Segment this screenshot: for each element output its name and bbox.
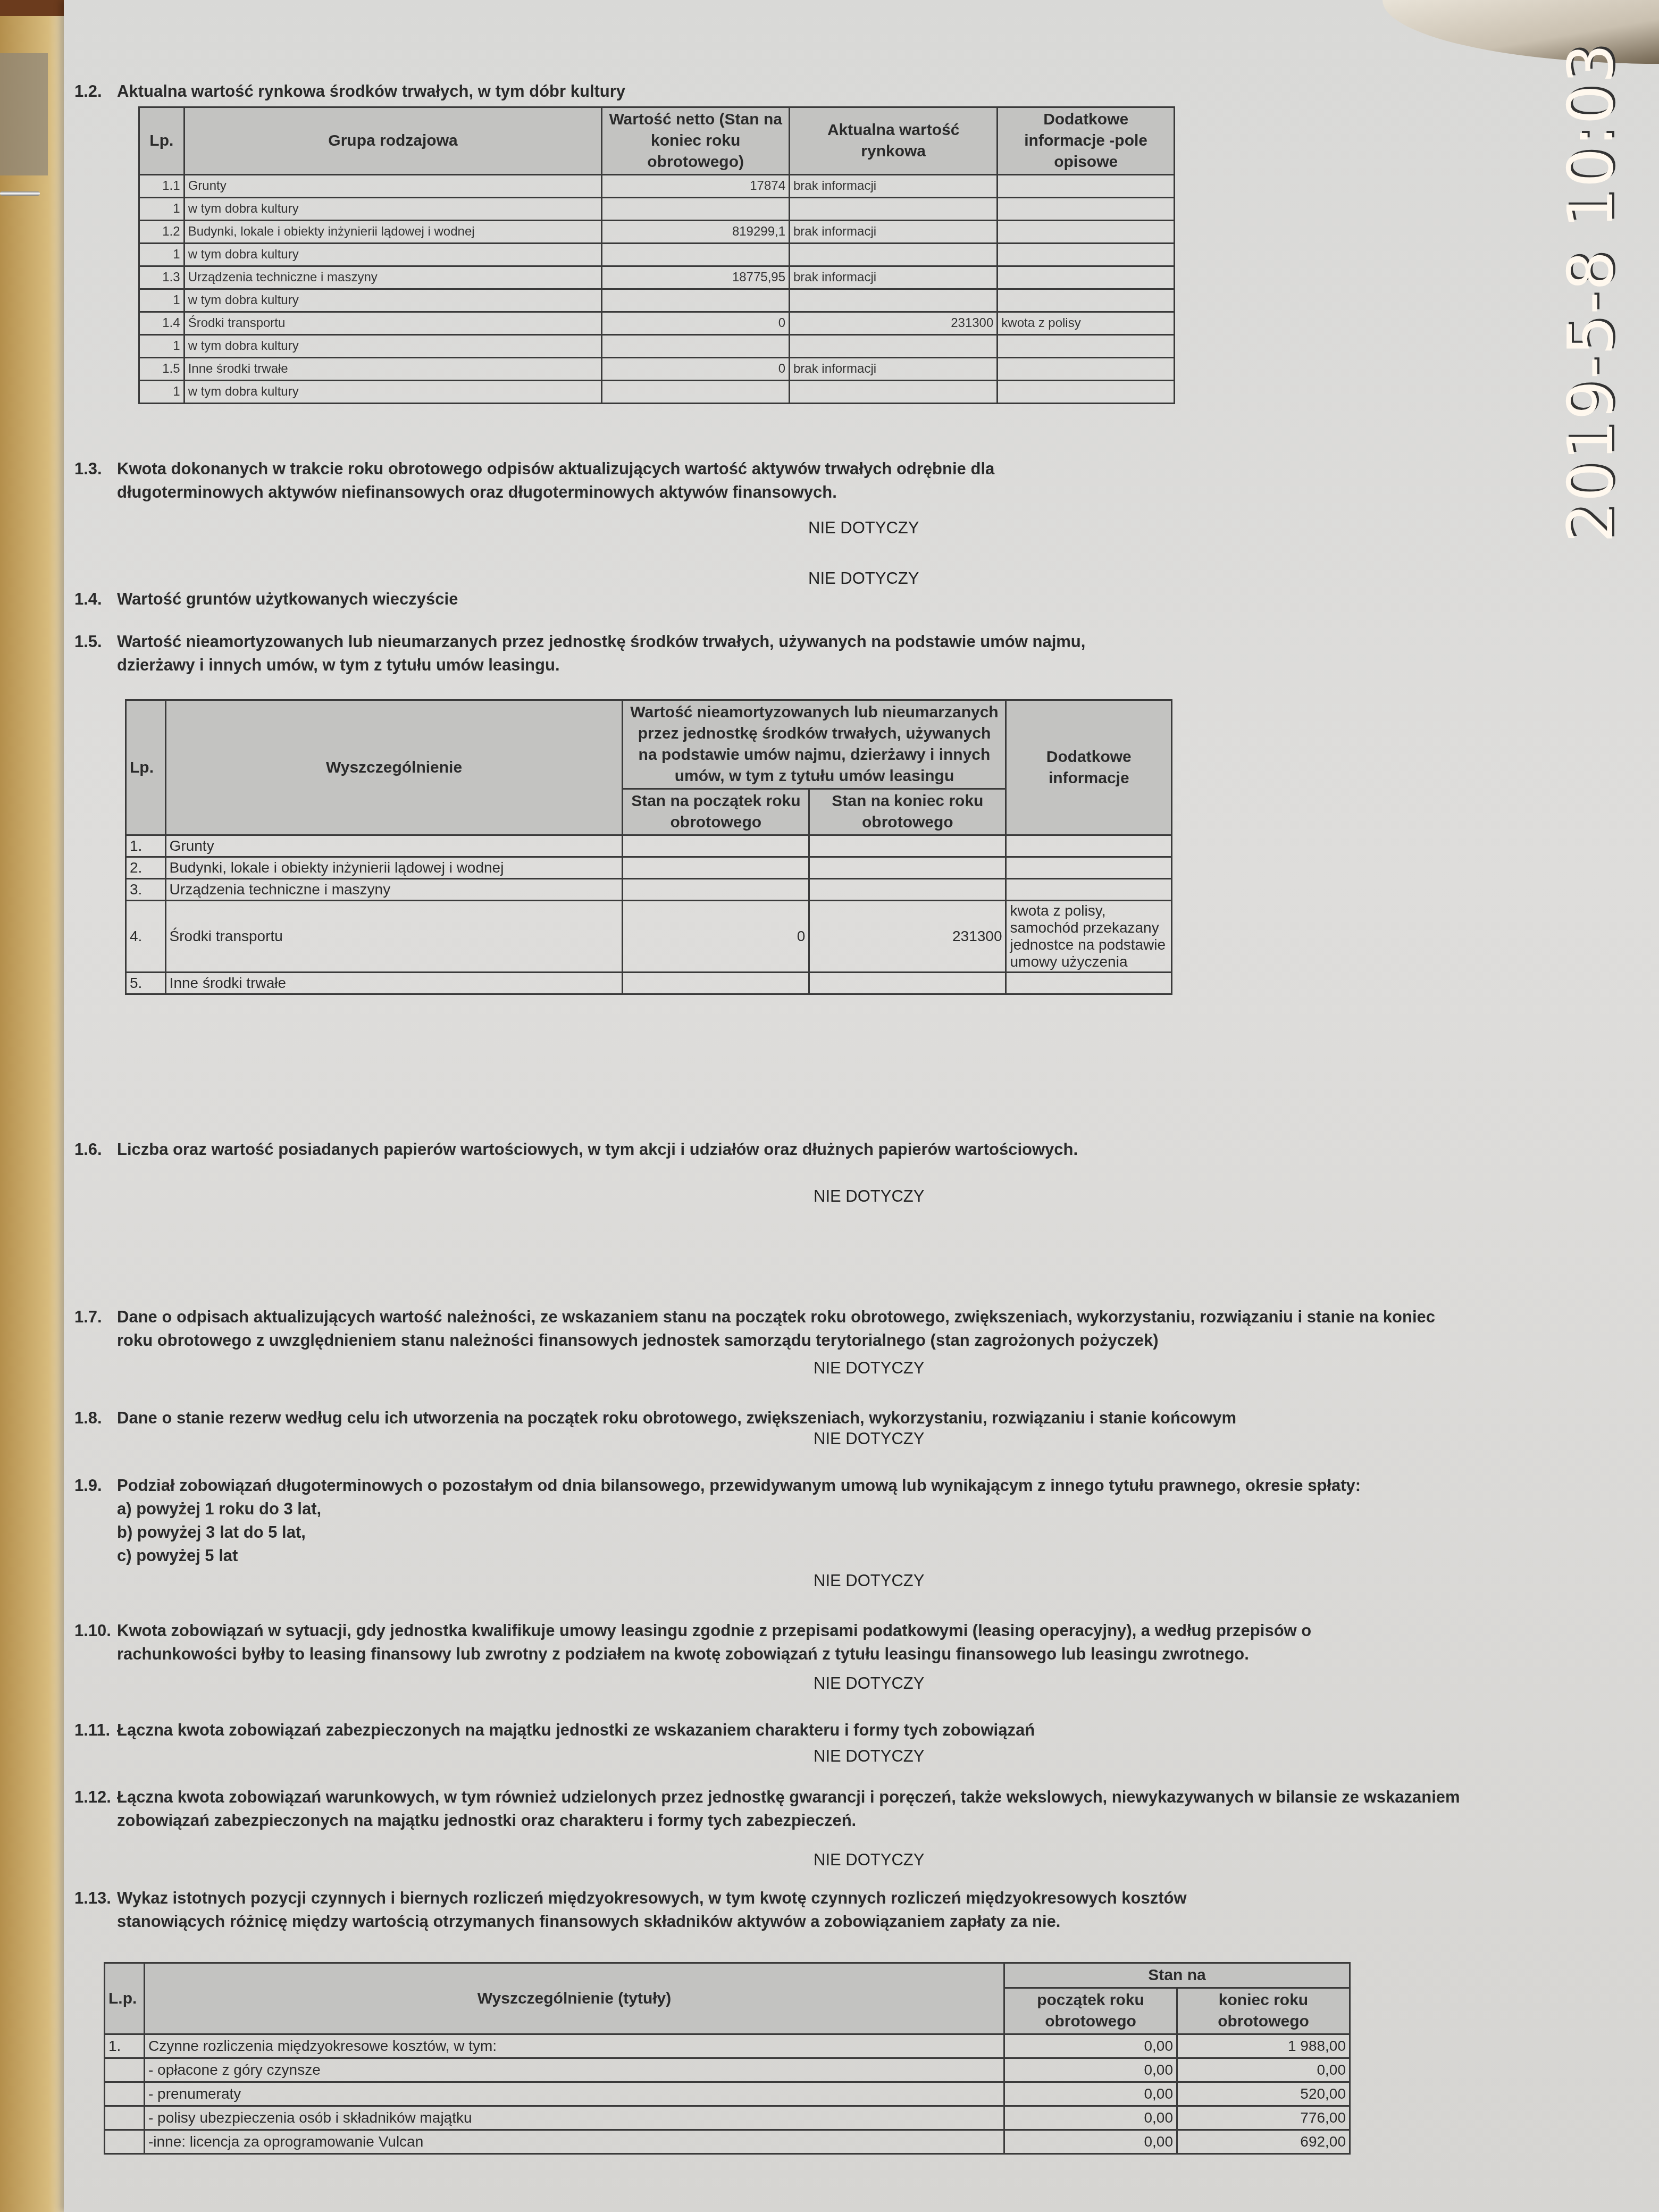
row-lp: 1.2: [139, 221, 185, 244]
row-market: brak informacji: [790, 221, 998, 244]
section-1-4: 1.4.Wartość gruntów użytkowanych wieczyś…: [74, 588, 458, 611]
section-text: Łączna kwota zobowiązań zabezpieczonych …: [117, 1719, 1035, 1742]
row-extra: [998, 266, 1175, 289]
row-extra: [1006, 879, 1172, 901]
table-row: 3.Urządzenia techniczne i maszyny: [126, 879, 1172, 901]
row-name: Budynki, lokale i obiekty inżynierii ląd…: [184, 221, 602, 244]
row-netto: 18775,95: [602, 266, 790, 289]
row-lp: [105, 2082, 145, 2106]
row-lp: [105, 2058, 145, 2082]
col-name: Wyszczególnienie: [165, 700, 623, 835]
section-number: 1.13.: [74, 1887, 117, 1910]
row-market: [790, 381, 998, 404]
section-text: Dane o odpisach aktualizujących wartość …: [117, 1305, 1446, 1352]
row-lp: 1.4: [139, 312, 185, 335]
table-row: 1.Czynne rozliczenia międzyokresowe kosz…: [105, 2034, 1350, 2058]
section-1-7: 1.7.Dane o odpisach aktualizujących wart…: [74, 1305, 1457, 1352]
row-lp: 4.: [126, 901, 166, 973]
row-extra: [998, 221, 1175, 244]
col-lp: Lp.: [139, 107, 185, 175]
row-end: 520,00: [1177, 2082, 1350, 2106]
col-group: Stan na: [1004, 1963, 1350, 1988]
row-start: [623, 835, 809, 857]
section-number: 1.2.: [74, 80, 117, 103]
row-name: Urządzenia techniczne i maszyny: [184, 266, 602, 289]
col-market: Aktualna wartość rynkowa: [790, 107, 998, 175]
binder-ring: [0, 191, 40, 196]
section-1-8: 1.8.Dane o stanie rezerw według celu ich…: [74, 1406, 1457, 1430]
table-row: 2.Budynki, lokale i obiekty inżynierii l…: [126, 857, 1172, 879]
row-market: brak informacji: [790, 358, 998, 381]
status-not-applicable: NIE DOTYCZY: [814, 1571, 924, 1590]
row-extra: [1006, 835, 1172, 857]
status-not-applicable: NIE DOTYCZY: [814, 1359, 924, 1378]
section-number: 1.8.: [74, 1406, 117, 1430]
market-value-table: Lp. Grupa rodzajowa Wartość netto (Stan …: [138, 106, 1175, 404]
status-not-applicable: NIE DOTYCZY: [814, 1429, 924, 1448]
row-netto: [602, 198, 790, 221]
status-not-applicable: NIE DOTYCZY: [814, 1674, 924, 1693]
row-market: [790, 244, 998, 266]
section-1-5: 1.5.Wartość nieamortyzowanych lub nieuma…: [74, 630, 1138, 677]
section-number: 1.7.: [74, 1305, 117, 1329]
row-extra: [998, 198, 1175, 221]
row-start: 0: [623, 901, 809, 973]
row-extra: [998, 335, 1175, 358]
table-row: 1.Grunty: [126, 835, 1172, 857]
row-netto: [602, 335, 790, 358]
row-extra: [998, 381, 1175, 404]
table-row: 1.5Inne środki trwałe0brak informacji: [139, 358, 1175, 381]
row-extra: kwota z polisy: [998, 312, 1175, 335]
row-name: Budynki, lokale i obiekty inżynierii ląd…: [165, 857, 623, 879]
section-1-13: 1.13.Wykaz istotnych pozycji czynnych i …: [74, 1887, 1351, 1933]
row-name: -inne: licencja za oprogramowanie Vulcan: [145, 2130, 1004, 2154]
section-number: 1.9.: [74, 1474, 117, 1497]
row-extra: [998, 244, 1175, 266]
table-row: 1.3Urządzenia techniczne i maszyny18775,…: [139, 266, 1175, 289]
section-1-6: 1.6.Liczba oraz wartość posiadanych papi…: [74, 1138, 1351, 1161]
row-start: 0,00: [1004, 2034, 1177, 2058]
row-netto: 819299,1: [602, 221, 790, 244]
accruals-table: L.p. Wyszczególnienie (tytuły) Stan na p…: [104, 1962, 1351, 2155]
table-row: 1w tym dobra kultury: [139, 335, 1175, 358]
col-lp: L.p.: [105, 1963, 145, 2034]
row-name: Grunty: [184, 175, 602, 198]
section-number: 1.4.: [74, 588, 117, 611]
col-end: Stan na koniec roku obrotowego: [809, 789, 1006, 835]
row-extra: [998, 289, 1175, 312]
row-lp: 1: [139, 381, 185, 404]
row-name: - opłacone z góry czynsze: [145, 2058, 1004, 2082]
col-extra: Dodatkowe informacje -pole opisowe: [998, 107, 1175, 175]
section-number: 1.5.: [74, 630, 117, 653]
section-number: 1.10.: [74, 1619, 117, 1643]
section-1-10: 1.10.Kwota zobowiązań w sytuacji, gdy je…: [74, 1619, 1457, 1666]
row-market: 231300: [790, 312, 998, 335]
row-name: Grunty: [165, 835, 623, 857]
row-end: [809, 835, 1006, 857]
row-end: 0,00: [1177, 2058, 1350, 2082]
row-name: w tym dobra kultury: [184, 335, 602, 358]
row-lp: 1: [139, 335, 185, 358]
row-lp: 1: [139, 198, 185, 221]
row-name: Urządzenia techniczne i maszyny: [165, 879, 623, 901]
table-row: 5.Inne środki trwałe: [126, 973, 1172, 994]
section-number: 1.3.: [74, 457, 117, 481]
row-start: 0,00: [1004, 2058, 1177, 2082]
row-end: [809, 857, 1006, 879]
row-lp: 2.: [126, 857, 166, 879]
table-row: -inne: licencja za oprogramowanie Vulcan…: [105, 2130, 1350, 2154]
row-lp: 1.: [105, 2034, 145, 2058]
row-market: [790, 198, 998, 221]
table-row: 1w tym dobra kultury: [139, 381, 1175, 404]
section-text: Liczba oraz wartość posiadanych papierów…: [117, 1138, 1078, 1161]
col-group: Grupa rodzajowa: [184, 107, 602, 175]
row-end: 776,00: [1177, 2106, 1350, 2130]
table-row: 4.Środki transportu0231300kwota z polisy…: [126, 901, 1172, 973]
row-lp: 1.5: [139, 358, 185, 381]
row-lp: 1: [139, 244, 185, 266]
photo-timestamp: 2019-5-8 10:03: [1554, 43, 1627, 543]
row-extra: [998, 358, 1175, 381]
period-item: c) powyżej 5 lat: [74, 1544, 1510, 1568]
section-text: Podział zobowiązań długoterminowych o po…: [117, 1474, 1499, 1497]
section-number: 1.6.: [74, 1138, 117, 1161]
row-end: 231300: [809, 901, 1006, 973]
section-number: 1.11.: [74, 1719, 117, 1742]
row-extra: kwota z polisy, samochód przekazany jedn…: [1006, 901, 1172, 973]
table-row: 1w tym dobra kultury: [139, 289, 1175, 312]
row-lp: 5.: [126, 973, 166, 994]
row-market: [790, 289, 998, 312]
section-text: Dane o stanie rezerw według celu ich utw…: [117, 1406, 1236, 1430]
section-title: Aktualna wartość rynkowa środków trwałyc…: [117, 80, 625, 103]
row-name: w tym dobra kultury: [184, 381, 602, 404]
row-end: 1 988,00: [1177, 2034, 1350, 2058]
row-extra: [1006, 973, 1172, 994]
row-start: 0,00: [1004, 2130, 1177, 2154]
col-group: Wartość nieamortyzowanych lub nieumarzan…: [623, 700, 1006, 789]
status-not-applicable: NIE DOTYCZY: [814, 1850, 924, 1870]
binder-background: [0, 0, 69, 2212]
row-end: [809, 973, 1006, 994]
row-lp: 1.: [126, 835, 166, 857]
row-name: w tym dobra kultury: [184, 198, 602, 221]
row-end: 692,00: [1177, 2130, 1350, 2154]
row-name: - prenumeraty: [145, 2082, 1004, 2106]
row-start: [623, 973, 809, 994]
section-number: 1.12.: [74, 1786, 117, 1809]
row-name: w tym dobra kultury: [184, 244, 602, 266]
status-not-applicable: NIE DOTYCZY: [808, 518, 919, 538]
binder-shadow: [0, 53, 48, 175]
col-end: koniec roku obrotowego: [1177, 1988, 1350, 2034]
col-extra: Dodatkowe informacje: [1006, 700, 1172, 835]
status-not-applicable: NIE DOTYCZY: [814, 1747, 924, 1766]
row-netto: [602, 244, 790, 266]
row-lp: 1.1: [139, 175, 185, 198]
row-start: [623, 879, 809, 901]
section-1-12: 1.12.Łączna kwota zobowiązań warunkowych…: [74, 1786, 1510, 1832]
table-row: 1w tym dobra kultury: [139, 244, 1175, 266]
col-start: początek roku obrotowego: [1004, 1988, 1177, 2034]
leased-assets-table: Lp. Wyszczególnienie Wartość nieamortyzo…: [125, 699, 1172, 995]
period-item: a) powyżej 1 roku do 3 lat,: [74, 1497, 1510, 1521]
row-netto: [602, 289, 790, 312]
table-row: 1w tym dobra kultury: [139, 198, 1175, 221]
table-row: - prenumeraty0,00520,00: [105, 2082, 1350, 2106]
table-row: 1.4Środki transportu0231300kwota z polis…: [139, 312, 1175, 335]
row-lp: 1: [139, 289, 185, 312]
row-name: - polisy ubezpieczenia osób i składników…: [145, 2106, 1004, 2130]
row-name: w tym dobra kultury: [184, 289, 602, 312]
table-row: - opłacone z góry czynsze0,000,00: [105, 2058, 1350, 2082]
section-1-2-heading: 1.2.Aktualna wartość rynkowa środków trw…: [74, 80, 625, 103]
col-start: Stan na początek roku obrotowego: [623, 789, 809, 835]
row-start: 0,00: [1004, 2082, 1177, 2106]
row-market: [790, 335, 998, 358]
row-netto: [602, 381, 790, 404]
row-name: Czynne rozliczenia międzyokresowe kosztó…: [145, 2034, 1004, 2058]
section-1-9: 1.9.Podział zobowiązań długoterminowych …: [74, 1474, 1510, 1568]
row-extra: [1006, 857, 1172, 879]
table-row: 1.1Grunty17874brak informacji: [139, 175, 1175, 198]
row-name: Środki transportu: [165, 901, 623, 973]
section-text: Wartość gruntów użytkowanych wieczyście: [117, 588, 458, 611]
row-netto: 17874: [602, 175, 790, 198]
binder-edge: [0, 0, 64, 16]
section-1-3: 1.3.Kwota dokonanych w trakcie roku obro…: [74, 457, 1032, 504]
section-text: Łączna kwota zobowiązań warunkowych, w t…: [117, 1786, 1478, 1832]
row-lp: 3.: [126, 879, 166, 901]
row-market: brak informacji: [790, 175, 998, 198]
table-row: 1.2Budynki, lokale i obiekty inżynierii …: [139, 221, 1175, 244]
row-start: 0,00: [1004, 2106, 1177, 2130]
row-lp: 1.3: [139, 266, 185, 289]
row-end: [809, 879, 1006, 901]
section-text: Kwota zobowiązań w sytuacji, gdy jednost…: [117, 1619, 1420, 1666]
row-name: Inne środki trwałe: [165, 973, 623, 994]
status-not-applicable: NIE DOTYCZY: [808, 569, 919, 588]
row-market: brak informacji: [790, 266, 998, 289]
row-start: [623, 857, 809, 879]
row-extra: [998, 175, 1175, 198]
row-lp: [105, 2106, 145, 2130]
table-row: - polisy ubezpieczenia osób i składników…: [105, 2106, 1350, 2130]
row-lp: [105, 2130, 145, 2154]
row-name: Środki transportu: [184, 312, 602, 335]
section-text: Wykaz istotnych pozycji czynnych i biern…: [117, 1887, 1287, 1933]
row-netto: 0: [602, 312, 790, 335]
col-lp: Lp.: [126, 700, 166, 835]
row-netto: 0: [602, 358, 790, 381]
section-1-11: 1.11.Łączna kwota zobowiązań zabezpieczo…: [74, 1719, 1457, 1742]
period-item: b) powyżej 3 lat do 5 lat,: [74, 1521, 1510, 1544]
section-text: Wartość nieamortyzowanych lub nieumarzan…: [117, 630, 1127, 677]
status-not-applicable: NIE DOTYCZY: [814, 1187, 924, 1206]
row-name: Inne środki trwałe: [184, 358, 602, 381]
section-text: Kwota dokonanych w trakcie roku obrotowe…: [117, 457, 1021, 504]
col-name: Wyszczególnienie (tytuły): [145, 1963, 1004, 2034]
col-netto: Wartość netto (Stan na koniec roku obrot…: [602, 107, 790, 175]
